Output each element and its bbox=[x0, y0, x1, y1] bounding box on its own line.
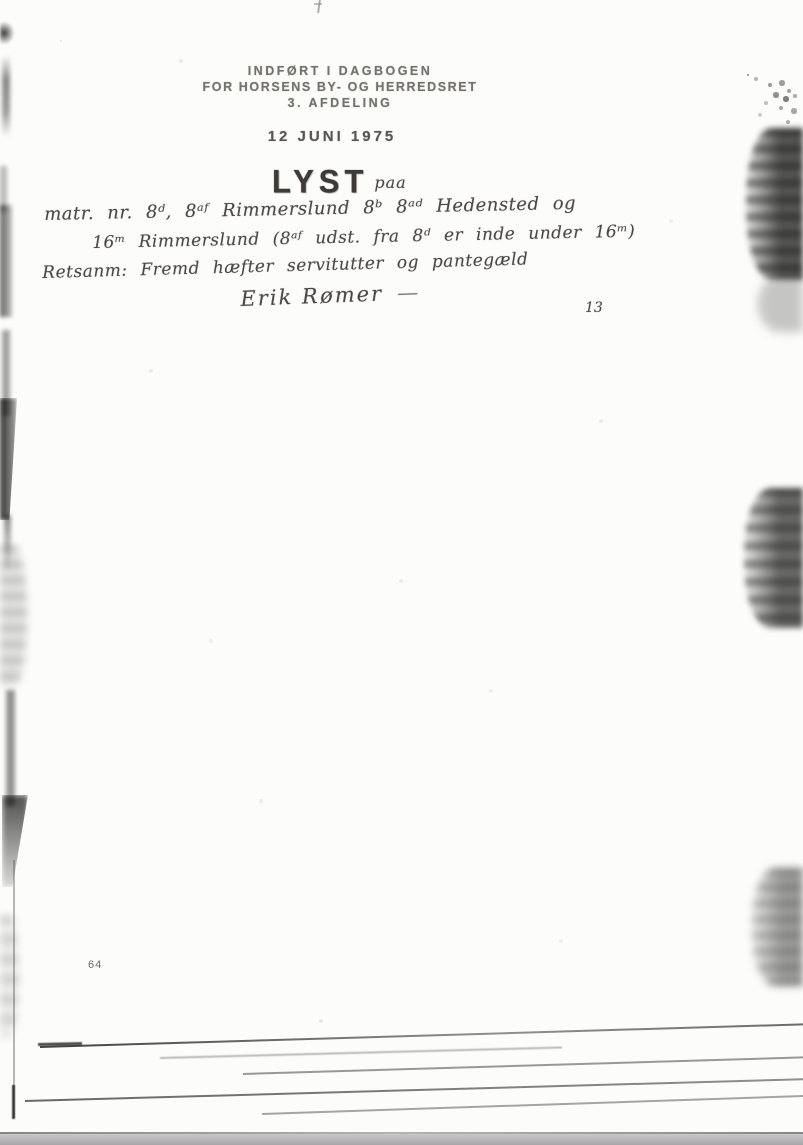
lyst-stamp: LYST bbox=[272, 163, 368, 201]
scan-artifact-right-blob-3 bbox=[752, 868, 803, 986]
pen-mark-2 bbox=[314, 3, 322, 5]
signature: Erik Rømer bbox=[240, 280, 421, 311]
page-number: 64 bbox=[88, 959, 102, 971]
handwritten-line-1: matr. nr. 8ᵈ, 8ᵃᶠ Rimmerslund 8ᵇ 8ᵃᵈ Hed… bbox=[44, 193, 576, 225]
scan-artifact-left-streak-1 bbox=[2, 55, 10, 137]
court-stamp: INDFØRT I DAGBOGEN FOR HORSENS BY- OG HE… bbox=[150, 64, 530, 110]
scan-line-2 bbox=[160, 1046, 562, 1058]
lyst-row: LYSTpaa bbox=[272, 164, 401, 200]
scan-artifact-left-streak-5 bbox=[6, 690, 15, 806]
scan-artifact-right-blob-1-tail bbox=[758, 276, 803, 332]
handwritten-line-3: Retsanm: Fremd hæfter servitutter og pan… bbox=[42, 249, 529, 283]
scan-artifact-left-streak-3 bbox=[0, 205, 12, 317]
bottom-hairline bbox=[0, 1132, 803, 1134]
handwritten-line-2: 16ᵐ Rimmerslund (8ᵃᶠ udst. fra 8ᵈ er ind… bbox=[92, 222, 636, 253]
scan-artifact-left-smudge-2 bbox=[0, 915, 19, 1037]
scan-artifact-left-dark-dash bbox=[12, 1085, 15, 1119]
scan-line-1 bbox=[40, 1023, 803, 1048]
scan-line-4 bbox=[25, 1078, 803, 1102]
pen-mark bbox=[317, 0, 321, 13]
scan-artifact-right-speckles bbox=[747, 74, 749, 76]
scan-artifact-left-blob-2 bbox=[2, 795, 28, 887]
lyst-handwritten-suffix: paa bbox=[374, 173, 406, 192]
scan-artifact-top-left-corner bbox=[0, 22, 14, 44]
scan-artifact-left-thin-line bbox=[13, 860, 15, 1118]
scan-artifact-left-blob-1-tail bbox=[4, 515, 11, 573]
scan-line-1-start bbox=[38, 1042, 82, 1046]
bottom-scanner-band bbox=[0, 1134, 803, 1145]
scan-artifact-left-blob-1 bbox=[0, 398, 17, 520]
scan-artifact-left-smudge-1 bbox=[0, 545, 27, 687]
scan-line-5 bbox=[262, 1095, 803, 1115]
scan-artifact-left-streak-4 bbox=[2, 330, 10, 416]
date-stamp: 12 JUNI 1975 bbox=[262, 128, 402, 145]
stamp-line-3: 3. AFDELING bbox=[150, 96, 530, 110]
scan-artifact-left-streak-2 bbox=[0, 166, 7, 212]
scan-artifact-right-blob-2 bbox=[744, 488, 803, 628]
paper-noise bbox=[60, 40, 62, 42]
margin-note: 13 bbox=[585, 300, 603, 316]
scan-artifact-right-blob-1 bbox=[746, 128, 803, 280]
scanned-document-page: INDFØRT I DAGBOGEN FOR HORSENS BY- OG HE… bbox=[0, 0, 803, 1145]
stamp-line-2: FOR HORSENS BY- OG HERREDSRET bbox=[150, 80, 530, 94]
stamp-line-1: INDFØRT I DAGBOGEN bbox=[150, 64, 530, 78]
scan-line-3 bbox=[243, 1056, 803, 1074]
